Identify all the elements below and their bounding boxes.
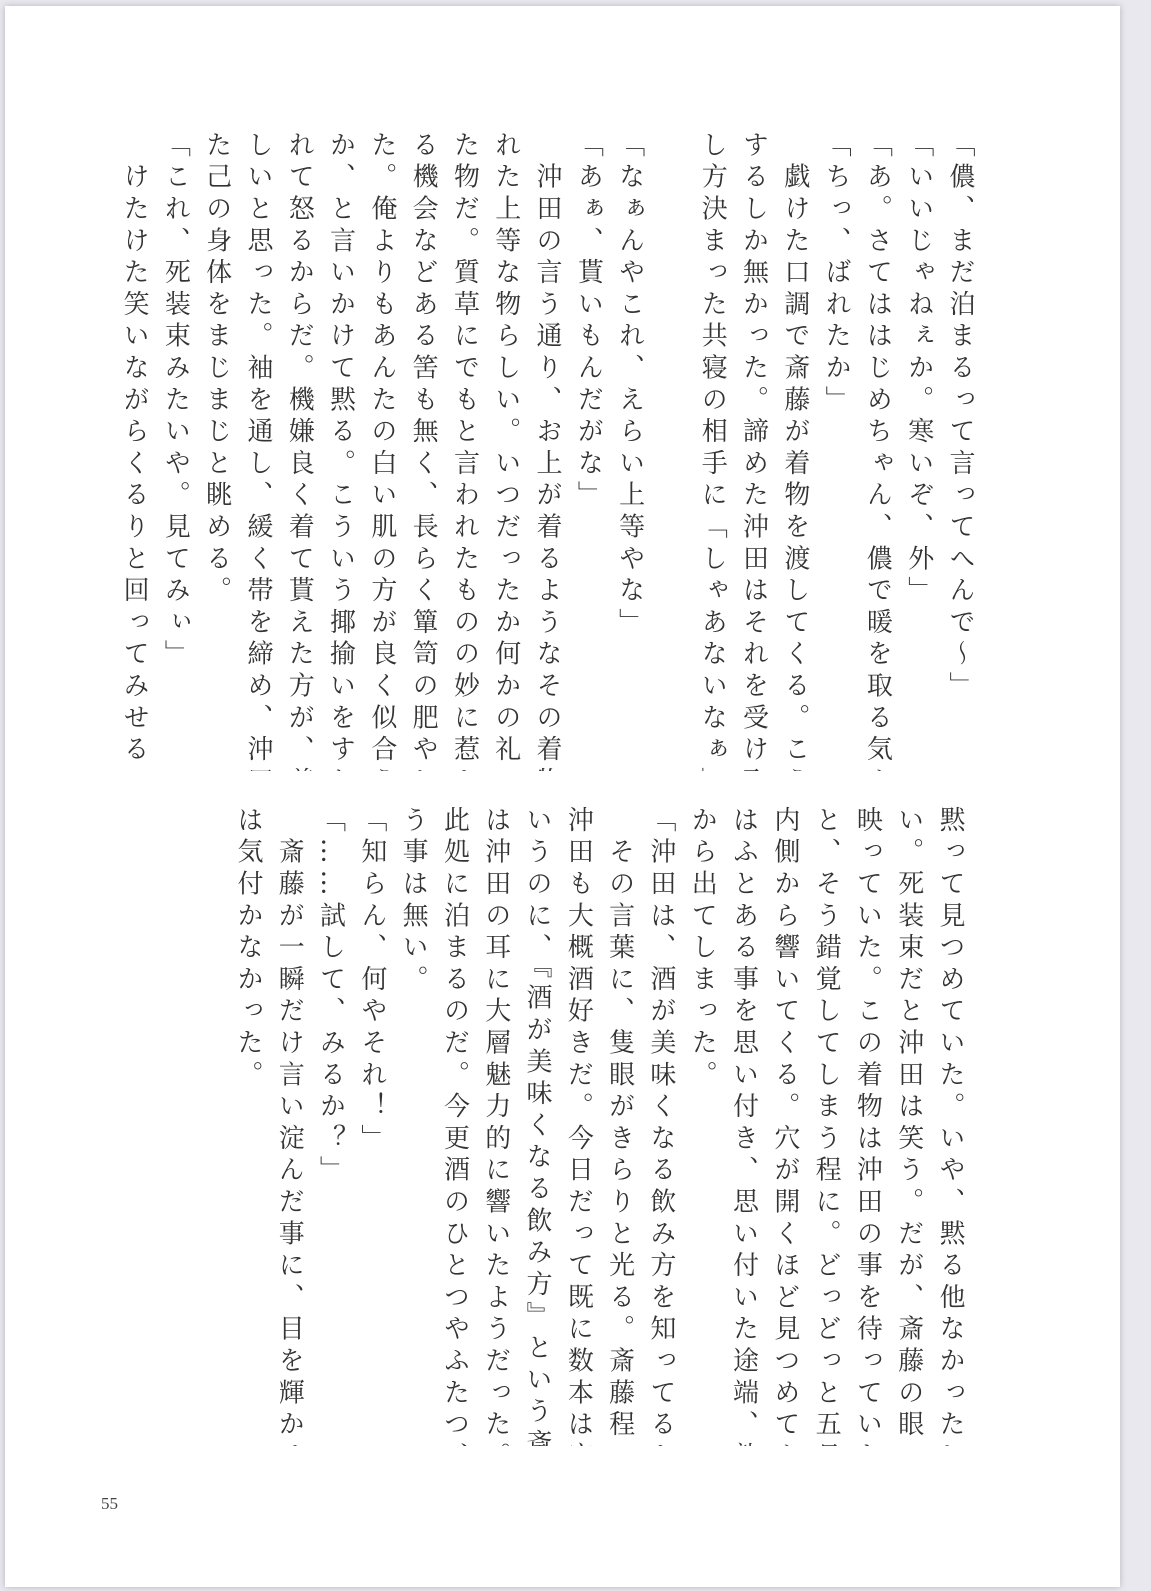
text-column: 沖田の言う通り、お上が着るようなその着物は白絹で織ら	[526, 131, 567, 771]
text-column: し方決まった共寝の相手に「しゃあないなぁ」と笑い掛けた。	[691, 131, 732, 771]
text-column: 映っていた。この着物は沖田の事を待っていたのでは無いか	[846, 806, 887, 1446]
text-column: 内側から響いてくる。穴が開くほど見つめてやりながら斎藤	[764, 806, 805, 1446]
text-block-top: 「儂、まだ泊まるって言ってへんで～」 「いいじゃねぇか。寒いぞ、外」 「あ。さて…	[113, 131, 980, 771]
text-column: から出てしまった。	[681, 806, 722, 1446]
text-column: る機会などある筈も無く、長らく簞笥の肥やしになってい	[402, 131, 443, 771]
text-column: れて怒るからだ。機嫌良く着て貰えた方が、着物も斎藤も嬉	[278, 131, 319, 771]
text-column: 斎藤が一瞬だけ言い淀んだ事に、目を輝かせたままの沖田	[268, 806, 309, 1446]
text-column: た物だ。質草にでもと言われたものの妙に惹かれ、しかし着	[443, 131, 484, 771]
text-column: するしか無かった。諦めた沖田はそれを受け取りながら、今	[732, 131, 773, 771]
text-column: い。死装束だと沖田は笑う。だが、斎藤の眼には全く別物に	[887, 806, 928, 1446]
text-column: 沖田も大概酒好きだ。今日だって既に数本は空にしていると	[557, 806, 598, 1446]
text-column: 「沖田は、酒が美味くなる飲み方を知ってるか？」	[640, 806, 681, 1446]
text-column: しいと思った。袖を通し、緩く帯を締め、沖田は白に包まれ	[237, 131, 278, 771]
text-column: 「……試して、みるか？」	[309, 806, 350, 1446]
text-column: 此処に泊まるのだ。今更酒のひとつやふたつ、増えた所で構	[433, 806, 474, 1446]
text-column: いうのに、『酒が美味くなる飲み方』という斎藤の誘い文句	[516, 806, 557, 1446]
text-column: 「ちっ、ばれたか」	[815, 131, 856, 771]
text-column: 「儂、まだ泊まるって言ってへんで～」	[939, 131, 980, 771]
text-column: 「いいじゃねぇか。寒いぞ、外」	[897, 131, 938, 771]
text-column: れた上等な物らしい。いつだったか何かの礼で町の人に貰っ	[484, 131, 525, 771]
text-column: 「これ、死装束みたいや。見てみぃ」	[154, 131, 195, 771]
text-column: は気付かなかった。	[227, 806, 268, 1446]
text-column: 「あぁ、貰いもんだがな」	[567, 131, 608, 771]
text-column: た己の身体をまじまじと眺める。	[195, 131, 236, 771]
text-column: と、そう錯覚してしまう程に。どっどっと五月蝿いのが己の	[805, 806, 846, 1446]
text-column: 戯けた口調で斎藤が着物を渡してくる。こうなっては降参	[774, 131, 815, 771]
page-number: 55	[101, 1494, 118, 1514]
text-column: その言葉に、隻眼がきらりと光る。斎藤程では無いにせよ、	[598, 806, 639, 1446]
text-column: う事は無い。	[392, 806, 433, 1446]
text-column: けたけた笑いながらくるりと回ってみせるのを、斎藤は	[113, 131, 154, 771]
text-column: 「なぁんやこれ、えらい上等やな」	[608, 131, 649, 771]
text-column: は沖田の耳に大層魅力的に響いたようだった。それに今日は	[474, 806, 515, 1446]
text-column: た。俺よりもあんたの白い肌の方が良く似合うんじゃない	[361, 131, 402, 771]
scene-break	[650, 131, 691, 771]
text-column: 「知らん、何やそれ！」	[351, 806, 392, 1446]
text-column: か、と言いかけて黙る。こういう揶揄いをすれば、沖田は照	[319, 131, 360, 771]
text-column: はふとある事を思い付き、思い付いた途端、熟考する前に口	[722, 806, 763, 1446]
text-column: 「あ。さてははじめちゃん、儂で暖を取る気やな？」	[856, 131, 897, 771]
book-page: 「儂、まだ泊まるって言ってへんで～」 「いいじゃねぇか。寒いぞ、外」 「あ。さて…	[5, 6, 1120, 1587]
text-column: 黙って見つめていた。いや、黙る他なかったという方が正し	[929, 806, 970, 1446]
text-block-bottom: 黙って見つめていた。いや、黙る他なかったという方が正し い。死装束だと沖田は笑う…	[227, 806, 970, 1446]
